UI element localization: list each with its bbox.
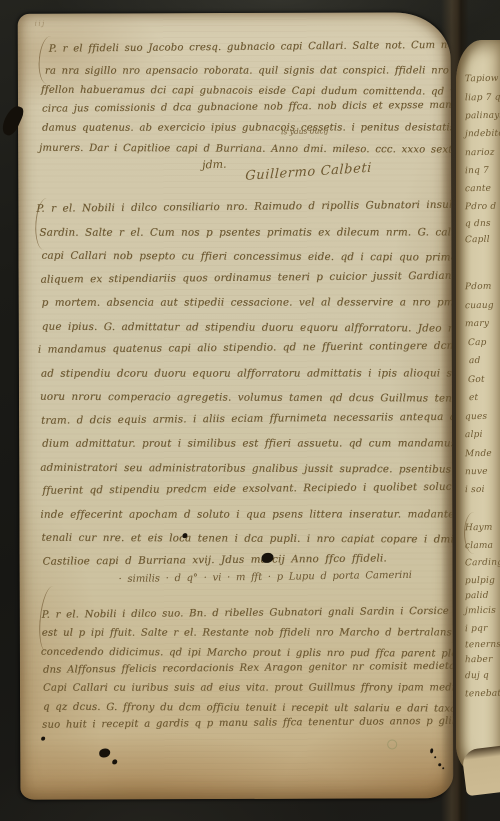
lower-leaf-corner bbox=[461, 746, 500, 797]
text-line: concedendo didicimus. qd ipi Marcho prou… bbox=[41, 648, 454, 660]
folio-fragment: q dns bbox=[465, 220, 491, 229]
folio-fragment: palinays bbox=[465, 112, 500, 122]
paragraph-2: P. r el. Nobili i dilco consiliario nro.… bbox=[18, 12, 451, 14]
ink-blot bbox=[41, 737, 45, 741]
interlinear-note: ls ydus ducij bbox=[281, 127, 328, 135]
folio-fragment: cuaug bbox=[465, 302, 494, 312]
folio-fragment: cante bbox=[465, 185, 491, 194]
folio-fragment: tenerns bbox=[465, 641, 500, 651]
text-line: P. r el. Nobili i dilco suo. Bn. d ribel… bbox=[42, 606, 454, 621]
signature: Guillermo Calbeti bbox=[245, 162, 372, 183]
paragraph-1: P. r el ffideli suo Jacobo cresq. gubnac… bbox=[18, 12, 451, 14]
text-line: ffellon habueramus dci capi gubnacois ei… bbox=[41, 86, 453, 98]
folio-fragment: Mnde bbox=[465, 450, 492, 459]
folio-fragment: inq 7 bbox=[465, 167, 489, 176]
ink-blot bbox=[99, 748, 110, 757]
text-line: q qz dcus. G. ffrony du dcm officiu tenu… bbox=[43, 703, 453, 715]
text-line: P. r el ffideli suo Jacobo cresq. gubnac… bbox=[49, 40, 454, 54]
text-line: jmurers. Dar i Capitlioe capi d Burriana… bbox=[39, 144, 453, 156]
folio-fragment: jndebito bbox=[465, 130, 500, 140]
text-line: suo huit i recepit a gardis q p manu sal… bbox=[42, 716, 453, 731]
text-line: dns Alffonsus ffelicis recordacionis Rex… bbox=[43, 661, 453, 676]
text-line: tram. d dcis equis armis. i aliis eciam … bbox=[41, 411, 453, 426]
text-line: que ipius. G. admittatur ad stipendiu du… bbox=[42, 322, 454, 334]
ink-blot bbox=[434, 756, 436, 758]
manuscript-photograph: iij P. r el ffideli suo Jacobo cresq. gu… bbox=[0, 0, 500, 821]
text-line: damus quatenus. ab exercicio ipius gubna… bbox=[42, 123, 453, 133]
text-line: i mandamus quatenus capi alio stipendio.… bbox=[38, 340, 454, 354]
folio-fragment: Pdro d bbox=[465, 203, 497, 213]
folio-fragment: tenebat bbox=[465, 690, 500, 700]
margin-bracket bbox=[37, 35, 53, 84]
folio-fragment: et bbox=[469, 394, 478, 403]
folio-fragment: mary bbox=[465, 320, 489, 329]
folio-fragment: ques bbox=[465, 413, 487, 422]
docket-note: jdm. bbox=[202, 159, 227, 171]
text-line: est ul p ipi ffuit. Salte r el. Restante… bbox=[42, 628, 454, 638]
text-line: inde effecerint apocham d soluto i qua p… bbox=[40, 509, 453, 519]
folio-fragment: liap 7 q bbox=[465, 94, 500, 104]
text-line: circa jus comissionis d dca gubnacione n… bbox=[42, 101, 452, 115]
text-line: Sardin. Salte r el. Cum nos p psentes pr… bbox=[39, 227, 453, 237]
ink-blot bbox=[430, 748, 433, 753]
folio-mark: iij bbox=[35, 21, 46, 28]
folio-fragment: narioz bbox=[465, 149, 495, 159]
folio-fragment: ad bbox=[469, 357, 481, 366]
faint-ring-stain bbox=[387, 739, 397, 749]
text-line: ad stipendiu dcoru duoru equoru alfforra… bbox=[41, 368, 453, 378]
next-folio-edge: Tapiow liap 7 q palinays jndebito narioz… bbox=[456, 40, 500, 774]
text-line: P. r el. Nobili i dilco consiliario nro.… bbox=[36, 199, 453, 213]
ink-blot bbox=[112, 759, 117, 764]
folio-fragment: jmlicis bbox=[465, 607, 496, 617]
folio-fragment: Carding bbox=[465, 559, 500, 569]
text-line: aliquem ex stipendiariis quos ordinamus … bbox=[41, 270, 454, 284]
text-line: dium admittatur. prout i similibus est f… bbox=[42, 438, 453, 448]
folio-fragment: haber bbox=[465, 656, 493, 665]
folio-fragment: Got bbox=[468, 376, 485, 385]
text-line: administratori seu administratoribus gna… bbox=[40, 463, 453, 475]
folio-fragment: Haym bbox=[465, 524, 493, 533]
text-line: uoru nroru comperacio agregetis. volumus… bbox=[40, 392, 453, 404]
text-line: capi Callari nob psepto cu ffieri conces… bbox=[41, 251, 453, 263]
manuscript-page: iij P. r el ffideli suo Jacobo cresq. gu… bbox=[18, 12, 454, 800]
folio-fragment: Cap bbox=[468, 339, 487, 348]
paragraph-3: P. r el. Nobili i dilco suo. Bn. d ribel… bbox=[18, 12, 451, 14]
folio-fragment: palid bbox=[465, 592, 489, 601]
folio-fragment: i soi bbox=[465, 486, 485, 495]
folio-fragment: i pqr bbox=[465, 625, 488, 634]
folio-fragment: nuve bbox=[465, 468, 488, 477]
text-line: Castilioe capi d Burriana xvij. Jdus mar… bbox=[42, 553, 386, 566]
folio-fragment: Tapiow bbox=[465, 75, 499, 85]
text-line: Capi Callari cu iuribus suis ad eius vit… bbox=[43, 683, 453, 693]
text-line: ra nra sigillo nro apensacio roborata. q… bbox=[45, 66, 454, 76]
folio-fragment: Pdom bbox=[465, 283, 492, 292]
folio-fragment: Capll bbox=[465, 236, 490, 245]
text-line: tenali cur nre. et eis loca tenen i dca … bbox=[41, 533, 453, 545]
folio-fragment: alpi bbox=[465, 431, 483, 440]
folio-fragment: pulpig bbox=[465, 577, 495, 587]
text-line: ffuerint qd stipendiu predcm eide exsolv… bbox=[42, 481, 453, 495]
folio-fragment: clama bbox=[465, 542, 493, 551]
closing-line: · similis · d q° · vi · m fft · p Lupu d… bbox=[119, 571, 413, 585]
text-line: p mortem. absencia aut stipedii cessacio… bbox=[42, 297, 454, 307]
folio-fragment: duj q bbox=[465, 672, 489, 681]
